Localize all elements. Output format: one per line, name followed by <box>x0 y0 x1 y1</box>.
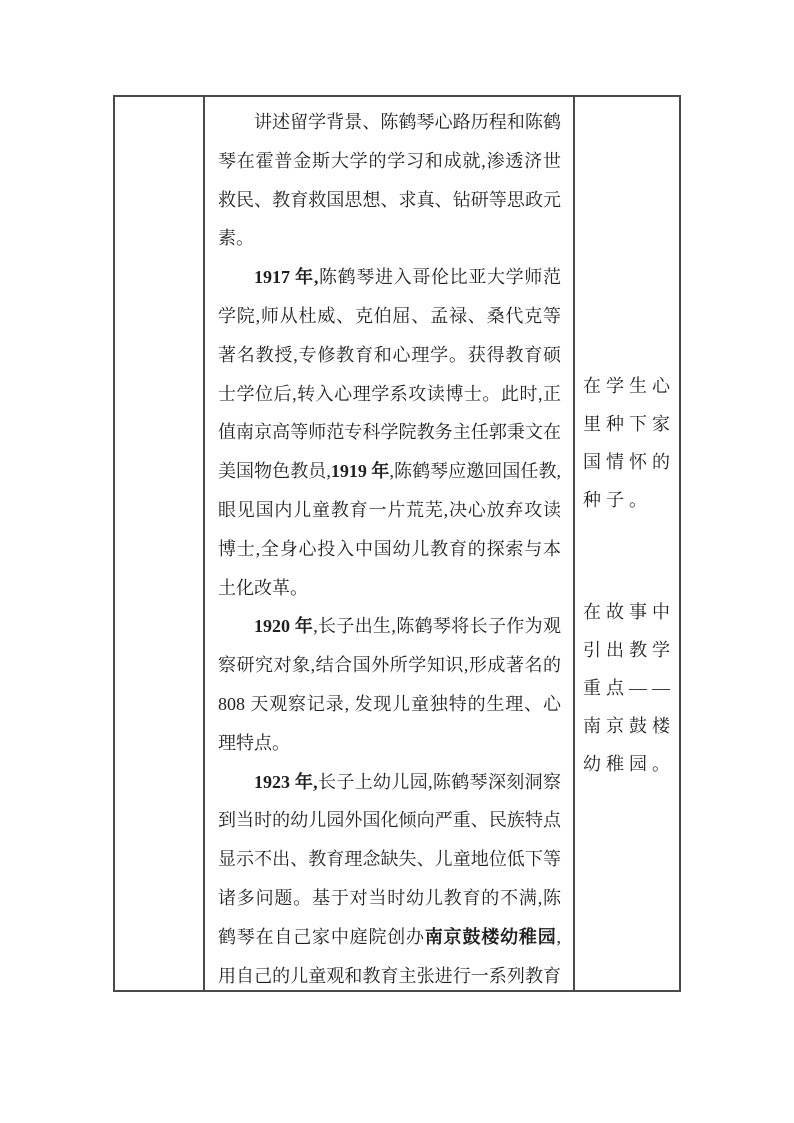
main-cell: 讲述留学背景、陈鹤琴心路历程和陈鹤琴在霍普金斯大学的学习和成就,渗透济世救民、教… <box>203 97 575 990</box>
text-run: 长子上幼儿园,陈鹤琴深刻洞察到当时的幼儿园外国化倾向严重、民族特点显示不出、教育… <box>218 772 561 947</box>
side-cell: 在学生心里种下家国情怀的种子。在故事中引出教学重点——南京鼓楼幼稚园。 <box>575 97 679 990</box>
bold-text-run: 1919 年 <box>331 461 390 481</box>
side-annotation: 在故事中引出教学重点——南京鼓楼幼稚园。 <box>583 593 677 783</box>
bold-text-run: 1923 年, <box>254 772 318 792</box>
bold-text-run: 1917 年, <box>254 267 318 287</box>
text-run: 陈鹤琴进入哥伦比亚大学师范学院,师从杜威、克伯屈、孟禄、桑代克等著名教授,专修教… <box>218 267 561 481</box>
lesson-plan-table: 讲述留学背景、陈鹤琴心路历程和陈鹤琴在霍普金斯大学的学习和成就,渗透济世救民、教… <box>113 95 681 992</box>
body-paragraph: 1923 年,长子上幼儿园,陈鹤琴深刻洞察到当时的幼儿园外国化倾向严重、民族特点… <box>218 763 561 990</box>
bold-text-run: 1920 年 <box>254 616 313 636</box>
body-paragraph: 讲述留学背景、陈鹤琴心路历程和陈鹤琴在霍普金斯大学的学习和成就,渗透济世救民、教… <box>218 103 561 258</box>
table-cell-left <box>115 97 203 990</box>
document-page: 讲述留学背景、陈鹤琴心路历程和陈鹤琴在霍普金斯大学的学习和成就,渗透济世救民、教… <box>0 0 794 1123</box>
text-run: ,长子出生,陈鹤琴将长子作为观察研究对象,结合国外所学知识,形成著名的 808 … <box>218 616 561 752</box>
bold-text-run: 南京鼓楼幼稚园 <box>425 927 557 947</box>
text-run: ,陈鹤琴应邀回国任教,眼见国内儿童教育一片荒芜,决心放弃攻读博士,全身心投入中国… <box>218 461 561 597</box>
text-run: 讲述留学背景、陈鹤琴心路历程和陈鹤琴在霍普金斯大学的学习和成就,渗透济世救民、教… <box>218 112 561 248</box>
body-paragraph: 1917 年,陈鹤琴进入哥伦比亚大学师范学院,师从杜威、克伯屈、孟禄、桑代克等著… <box>218 258 561 607</box>
body-paragraph: 1920 年,长子出生,陈鹤琴将长子作为观察研究对象,结合国外所学知识,形成著名… <box>218 607 561 762</box>
side-annotation: 在学生心里种下家国情怀的种子。 <box>583 367 677 519</box>
